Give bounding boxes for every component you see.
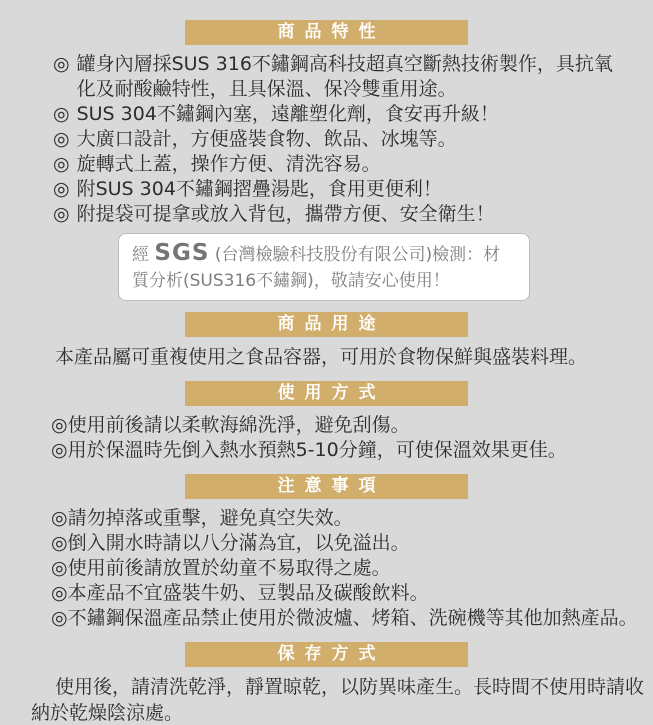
notes-list: ◎ 請勿掉落或重擊，避免真空失效。 ◎ 倒入開水時請以八分滿為宜，以免溢出。 ◎… [51,506,645,631]
feature-item: ◎ SUS 304不鏽鋼內塞，遠離塑化劑，食安再升級！ [53,102,627,127]
bullseye-bullet-icon: ◎ [51,531,68,556]
feature-text: 大廣口設計，方便盛裝食物、飲品、冰塊等。 [77,127,627,152]
features-list: ◎ 罐身內層採SUS 316不鏽鋼高科技超真空斷熱技術製作，具抗氧化及耐酸鹼特性… [53,52,627,227]
feature-text: SUS 304不鏽鋼內塞，遠離塑化劑，食安再升級！ [77,102,627,127]
sgs-prefix: 經 [132,245,149,265]
note-text: 本產品不宜盛裝牛奶、豆製品及碳酸飲料。 [68,581,645,606]
sgs-brand-logo: SGS [154,240,209,266]
howto-item: ◎ 使用前後請以柔軟海綿洗淨，避免刮傷。 [51,413,645,438]
bullseye-bullet-icon: ◎ [51,581,68,606]
usage-paragraph: 本產品屬可重複使用之食品容器，可用於食物保鮮與盛裝料理。 [31,344,645,370]
note-text: 不鏽鋼保溫產品禁止使用於微波爐、烤箱、洗碗機等其他加熱產品。 [68,606,645,631]
feature-text: 罐身內層採SUS 316不鏽鋼高科技超真空斷熱技術製作，具抗氧化及耐酸鹼特性，且… [77,52,627,102]
note-item: ◎ 使用前後請放置於幼童不易取得之處。 [51,556,645,581]
feature-item: ◎ 罐身內層採SUS 316不鏽鋼高科技超真空斷熱技術製作，具抗氧化及耐酸鹼特性… [53,52,627,102]
howto-item: ◎ 用於保溫時先倒入熱水預熱5-10分鐘，可使保溫效果更佳。 [51,438,645,463]
feature-item: ◎ 附SUS 304不鏽鋼摺疊湯匙，食用更便利！ [53,177,627,202]
note-item: ◎ 不鏽鋼保溫產品禁止使用於微波爐、烤箱、洗碗機等其他加熱產品。 [51,606,645,631]
feature-item: ◎ 大廣口設計，方便盛裝食物、飲品、冰塊等。 [53,127,627,152]
bullseye-bullet-icon: ◎ [51,506,68,531]
note-text: 請勿掉落或重擊，避免真空失效。 [68,506,645,531]
bullseye-bullet-icon: ◎ [53,152,70,177]
bullseye-bullet-icon: ◎ [51,438,68,463]
storage-section-header: 保存方式 [185,642,468,667]
feature-text: 附提袋可提拿或放入背包，攜帶方便、安全衛生！ [77,202,627,227]
note-text: 倒入開水時請以八分滿為宜，以免溢出。 [68,531,645,556]
notes-section-header: 注意事項 [185,474,468,499]
bullseye-bullet-icon: ◎ [51,413,68,438]
feature-item: ◎ 旋轉式上蓋，操作方便、清洗容易。 [53,152,627,177]
howto-text: 使用前後請以柔軟海綿洗淨，避免刮傷。 [68,413,645,438]
storage-paragraph: 使用後，請清洗乾淨，靜置晾乾，以防異味產生。長時間不使用時請收納於乾燥陰涼處。 [31,674,645,725]
bullseye-bullet-icon: ◎ [53,177,70,202]
bullseye-bullet-icon: ◎ [53,127,70,152]
howto-text: 用於保溫時先倒入熱水預熱5-10分鐘，可使保溫效果更佳。 [68,438,645,463]
note-item: ◎ 倒入開水時請以八分滿為宜，以免溢出。 [51,531,645,556]
feature-text: 旋轉式上蓋，操作方便、清洗容易。 [77,152,627,177]
feature-text: 附SUS 304不鏽鋼摺疊湯匙，食用更便利！ [77,177,627,202]
bullseye-bullet-icon: ◎ [53,52,70,77]
note-item: ◎ 請勿掉落或重擊，避免真空失效。 [51,506,645,531]
bullseye-bullet-icon: ◎ [53,202,70,227]
note-text: 使用前後請放置於幼童不易取得之處。 [68,556,645,581]
features-section-header: 商品特性 [185,20,468,45]
feature-item: ◎ 附提袋可提拿或放入背包，攜帶方便、安全衛生！ [53,202,627,227]
bullseye-bullet-icon: ◎ [53,102,70,127]
howto-list: ◎ 使用前後請以柔軟海綿洗淨，避免刮傷。 ◎ 用於保溫時先倒入熱水預熱5-10分… [51,413,645,463]
bullseye-bullet-icon: ◎ [51,556,68,581]
note-item: ◎ 本產品不宜盛裝牛奶、豆製品及碳酸飲料。 [51,581,645,606]
howto-section-header: 使用方式 [185,381,468,406]
product-info-page: 商品特性 ◎ 罐身內層採SUS 316不鏽鋼高科技超真空斷熱技術製作，具抗氧化及… [0,0,653,725]
usage-section-header: 商品用途 [185,312,468,337]
sgs-certification-callout: 經 SGS (台灣檢驗科技股份有限公司)檢測：材質分析(SUS316不鏽鋼)，敬… [118,233,530,301]
bullseye-bullet-icon: ◎ [51,606,68,631]
